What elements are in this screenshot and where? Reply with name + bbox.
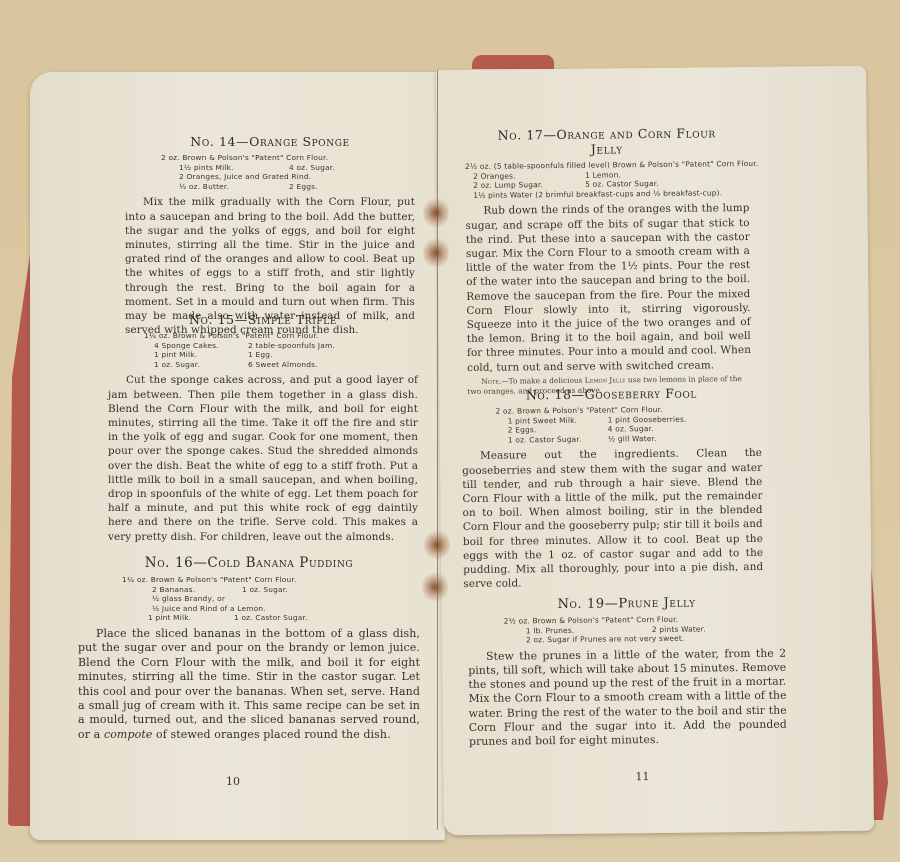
ingredient-row: 1½ pints Milk.4 oz. Sugar. <box>161 163 415 173</box>
recipe-title: No. 15—Simple Trifle <box>108 312 418 327</box>
ingredient-list: 2½ oz. Brown & Polson's "Patent" Corn Fl… <box>468 614 786 646</box>
staple-rust-stain <box>422 572 448 602</box>
right-page: No. 17—Orange and Corn Flour Jelly 2½ oz… <box>436 66 874 835</box>
recipe-body: Measure out the ingredients. Clean the g… <box>462 446 763 591</box>
staple-rust-stain <box>423 238 449 268</box>
ingredient-list: 2 oz. Brown & Polson's "Patent" Corn Flo… <box>462 404 762 446</box>
recipe-body: Stew the prunes in a little of the water… <box>468 646 787 749</box>
recipe-17: No. 17—Orange and Corn Flour Jelly 2½ oz… <box>465 125 752 397</box>
ingredient-list: 2 oz. Brown & Polson's "Patent" Corn Flo… <box>125 153 415 191</box>
recipe-16: No. 16—Cold Banana Pudding 1¼ oz. Brown … <box>78 556 420 742</box>
recipe-14: No. 14—Orange Sponge 2 oz. Brown & Polso… <box>125 134 415 337</box>
left-page: No. 14—Orange Sponge 2 oz. Brown & Polso… <box>30 72 445 840</box>
recipe-title: No. 18—Gooseberry Fool <box>461 385 761 403</box>
recipe-title: No. 14—Orange Sponge <box>125 134 415 149</box>
recipe-15: No. 15—Simple Trifle 1¼ oz. Brown & Pols… <box>108 312 418 544</box>
recipe-title: No. 16—Cold Banana Pudding <box>78 556 420 571</box>
page-number: 11 <box>635 770 649 783</box>
ingredient-row: 1¼ oz. Brown & Polson's "Patent" Corn Fl… <box>122 575 420 585</box>
ingredient-list: 1¼ oz. Brown & Polson's "Patent" Corn Fl… <box>108 331 418 369</box>
ingredient-row: ½ Juice and Rind of a Lemon. <box>122 604 420 614</box>
ingredient-row: 1¼ oz. Brown & Polson's "Patent" Corn Fl… <box>144 331 418 341</box>
ingredient-row: 2 Bananas.1 oz. Sugar. <box>122 585 420 595</box>
lemon-jelly-smallcaps: Lemon Jelly <box>585 375 626 384</box>
ingredient-row: 2 Oranges, Juice and Grated Rind. <box>161 172 415 182</box>
staple-rust-stain <box>423 198 449 228</box>
ingredient-row: 1 pint Milk.1 Egg. <box>144 350 418 360</box>
recipe-19: No. 19—Prune Jelly 2½ oz. Brown & Polson… <box>468 595 788 750</box>
ingredient-row: ½ oz. Butter.2 Eggs. <box>161 182 415 192</box>
recipe-body: Rub down the rinds of the oranges with t… <box>465 201 751 374</box>
ingredient-row: ½ glass Brandy, or <box>122 594 420 604</box>
ingredient-row: 1½ pints Water (2 brimful breakfast-cups… <box>465 188 749 201</box>
ingredient-row: 2 oz. Sugar if Prunes are not very sweet… <box>504 633 786 646</box>
recipe-title: No. 19—Prune Jelly <box>468 595 786 613</box>
ingredient-row: 1 pint Milk.1 oz. Castor Sugar. <box>122 613 420 623</box>
recipe-title: No. 17—Orange and Corn Flour Jelly <box>465 125 749 158</box>
page-number: 10 <box>226 775 240 788</box>
spine-fold <box>437 70 438 830</box>
compote-italic: compote <box>104 728 153 741</box>
ingredient-row: 1 oz. Sugar.6 Sweet Almonds. <box>144 360 418 370</box>
recipe-body: Cut the sponge cakes across, and put a g… <box>108 373 418 543</box>
cover-top-tab <box>472 55 554 69</box>
ingredient-list: 1¼ oz. Brown & Polson's "Patent" Corn Fl… <box>78 575 420 623</box>
recipe-body: Place the sliced bananas in the bottom o… <box>78 627 420 742</box>
ingredient-row: 2 oz. Brown & Polson's "Patent" Corn Flo… <box>161 153 415 163</box>
ingredient-row: 1 oz. Castor Sugar.½ gill Water. <box>496 433 762 445</box>
ingredient-list: 2½ oz. (5 table-spoonfuls filled level) … <box>465 159 749 200</box>
ingredient-row: 4 Sponge Cakes.2 table-spoonfuls Jam. <box>144 341 418 351</box>
staple-rust-stain <box>424 530 450 560</box>
recipe-18: No. 18—Gooseberry Fool 2 oz. Brown & Pol… <box>461 385 763 592</box>
